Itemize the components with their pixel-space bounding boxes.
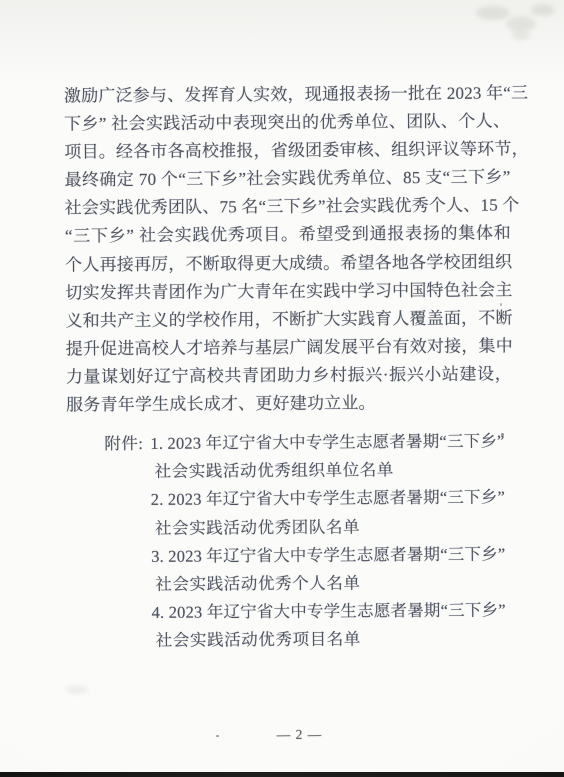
attachment-item-subtitle: 社会实践活动优秀组织单位名单 [150,456,504,487]
attachment-item-subtitle: 社会实践活动优秀项目名单 [152,625,526,656]
attachment-item-subtitle: 社会实践活动优秀个人名单 [151,568,525,599]
page-number: — 2 — [249,726,349,745]
attachment-entry: 4. 2023 年辽宁省大中专学生志愿者暑期“三下乡” 社会实践活动优秀项目名单 [151,597,525,656]
paragraph-line: 服务青年学生成长成才、更好建功立业。 [66,388,512,419]
paragraph-line: 个人再接再厉，不断取得更大成绩。希望各地各学校团组织 [65,248,511,279]
paragraph-line: 义和共产主义的学校作用，不断扩大实践育人覆盖面，不断 [65,304,511,335]
attachment-item-title: 4. 2023 年辽宁省大中专学生志愿者暑期“三下乡” [151,597,525,628]
document-page: 激励广泛参与、发挥育人实效，现通报表扬一批在 2023 年“三 下乡” 社会实践… [0,0,564,777]
attachment-row: 附件: 1. 2023 年辽宁省大中专学生志愿者暑期“三下乡” 社会实践活动优秀… [104,427,524,486]
attachment-list: 附件: 1. 2023 年辽宁省大中专学生志愿者暑期“三下乡” 社会实践活动优秀… [104,427,526,656]
paragraph-line: 力量谋划好辽宁高校共青团助力乡村振兴·振兴小站建设， [66,360,512,391]
attachment-item-title: 1. 2023 年辽宁省大中专学生志愿者暑期“三下乡” [150,427,504,458]
paragraph-line: “三下乡” 社会实践优秀项目。希望受到通报表扬的集体和 [65,220,511,251]
attachment-entry: 1. 2023 年辽宁省大中专学生志愿者暑期“三下乡” 社会实践活动优秀组织单位… [150,427,505,486]
page-content: 激励广泛参与、发挥育人实效，现通报表扬一批在 2023 年“三 下乡” 社会实践… [0,0,564,777]
attachment-item-title: 3. 2023 年辽宁省大中专学生志愿者暑期“三下乡” [151,540,525,571]
paragraph-line: 提升促进高校人才培养与基层广阔发展平台有效对接，集中 [66,332,512,363]
attachment-item-subtitle: 社会实践活动优秀团队名单 [151,512,525,543]
paragraph-line: 激励广泛参与、发挥育人实效，现通报表扬一批在 2023 年“三 [64,79,510,110]
paragraph-line: 切实发挥共青团作为广大青年在实践中学习中国特色社会主 [65,276,511,307]
attachment-entry: 3. 2023 年辽宁省大中专学生志愿者暑期“三下乡” 社会实践活动优秀个人名单 [151,540,525,599]
body-paragraph: 激励广泛参与、发挥育人实效，现通报表扬一批在 2023 年“三 下乡” 社会实践… [64,79,512,419]
scan-edge-strip [0,772,564,777]
paragraph-line: 社会实践优秀团队、75 名“三下乡”社会实践优秀个人、15 个 [65,192,511,223]
paragraph-line: 项目。经各市各高校推报，省级团委审核、组织评议等环节， [64,136,510,167]
paragraph-line: 最终确定 70 个“三下乡”社会实践优秀单位、85 支“三下乡” [64,164,510,195]
attachment-label: 附件: [104,430,150,459]
attachment-item-title: 2. 2023 年辽宁省大中专学生志愿者暑期“三下乡” [151,484,525,515]
attachment-entry: 2. 2023 年辽宁省大中专学生志愿者暑期“三下乡” 社会实践活动优秀团队名单 [151,484,525,543]
paragraph-line: 下乡” 社会实践活动中表现突出的优秀单位、团队、个人、 [64,107,510,138]
